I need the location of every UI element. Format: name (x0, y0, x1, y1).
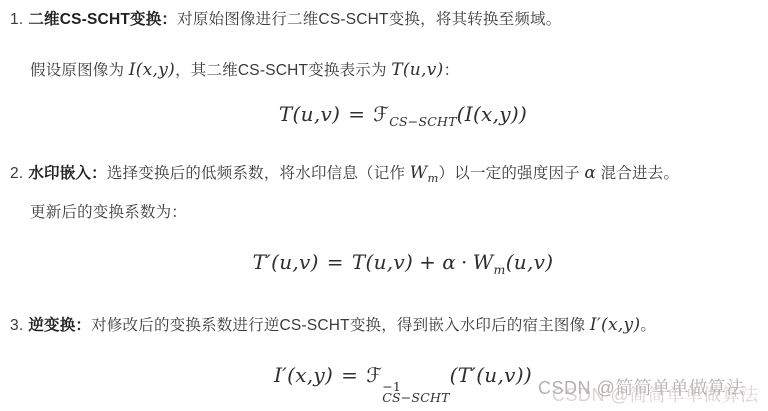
inline-math-alpha: α (584, 163, 596, 183)
section-2-paragraph: 更新后的变换系数为： (30, 201, 187, 225)
list-number-1: 1. (10, 8, 23, 32)
section-2-title: 水印嵌入： (28, 165, 107, 182)
equals-sign: = (348, 102, 365, 126)
script-F-operator: ℱ (366, 363, 382, 387)
formula-lhs: T(u,v) (279, 102, 340, 126)
list-item-1-heading: 1.二维CS-SCHT变换：对原始图像进行二维CS-SCHT变换，将其转换至频域… (10, 8, 561, 32)
formula-W-args: (u,v) (506, 250, 554, 274)
section-1-intro: 对原始图像进行二维CS-SCHT变换，将其转换至频域。 (177, 11, 561, 28)
section-2-intro: 混合进去。 (596, 165, 679, 182)
formula-term-T: T(u,v) (352, 250, 413, 274)
plus-sign: + (419, 250, 436, 274)
formula-forward-transform: T(u,v)=ℱCS−SCHT(I(x,y)) (0, 102, 768, 129)
operator-scripts: −1CS−SCHT (382, 381, 449, 403)
inline-math-I-xy: I(x,y) (129, 60, 175, 80)
formula-lhs: I′(x,y) (274, 363, 333, 387)
csdn-watermark: CSDN @简简单单做算法 (538, 374, 745, 400)
formula-W-subscript: m (494, 262, 506, 277)
section-3-intro: 。 (640, 317, 656, 334)
list-item-2-heading: 2.水印嵌入：选择变换后的低频系数，将水印信息（记作 Wm）以一定的强度因子 α… (10, 161, 679, 190)
inline-math-I-prime: I′(x,y) (590, 315, 641, 335)
inline-math-T-uv: T(u,v) (391, 60, 443, 80)
inline-math-W: W (410, 163, 428, 183)
list-item-3-heading: 3.逆变换：对修改后的变换系数进行逆CS-SCHT变换，得到嵌入水印后的宿主图像… (10, 313, 656, 338)
section-3-title: 逆变换： (28, 317, 91, 334)
equals-sign: = (341, 363, 358, 387)
equals-sign: = (327, 250, 344, 274)
formula-coefficient-update: T′(u,v)=T(u,v)+α·Wm(u,v) (0, 250, 768, 277)
article-content: 1.二维CS-SCHT变换：对原始图像进行二维CS-SCHT变换，将其转换至频域… (0, 0, 768, 411)
section-3-intro: 对修改后的变换系数进行逆CS-SCHT变换，得到嵌入水印后的宿主图像 (91, 317, 590, 334)
formula-rhs: (I(x,y)) (457, 102, 527, 126)
operator-subscript: CS−SCHT (389, 114, 456, 129)
section-1-paragraph: 假设原图像为 I(x,y)，其二维CS-SCHT变换表示为 T(u,v)： (30, 58, 459, 83)
section-2-intro: ）以一定的强度因子 (439, 165, 585, 182)
formula-rhs: (T′(u,v)) (450, 363, 532, 387)
formula-lhs: T′(u,v) (253, 250, 319, 274)
paragraph-text: ： (444, 62, 460, 79)
script-F-operator: ℱ (373, 102, 389, 126)
formula-alpha: α (442, 250, 456, 274)
formula-W: W (473, 250, 494, 274)
paragraph-text: 更新后的变换系数为： (30, 204, 187, 221)
section-2-intro: 选择变换后的低频系数，将水印信息（记作 (107, 165, 410, 182)
operator-subscript: CS−SCHT (382, 392, 449, 403)
multiplication-dot: · (461, 250, 468, 274)
list-number-3: 3. (10, 314, 23, 338)
list-number-2: 2. (10, 162, 23, 186)
inline-math-W-subscript: m (427, 171, 438, 185)
paragraph-text: 假设原图像为 (30, 62, 129, 79)
paragraph-text: ，其二维CS-SCHT变换表示为 (175, 62, 391, 79)
section-1-title: 二维CS-SCHT变换： (28, 11, 177, 28)
